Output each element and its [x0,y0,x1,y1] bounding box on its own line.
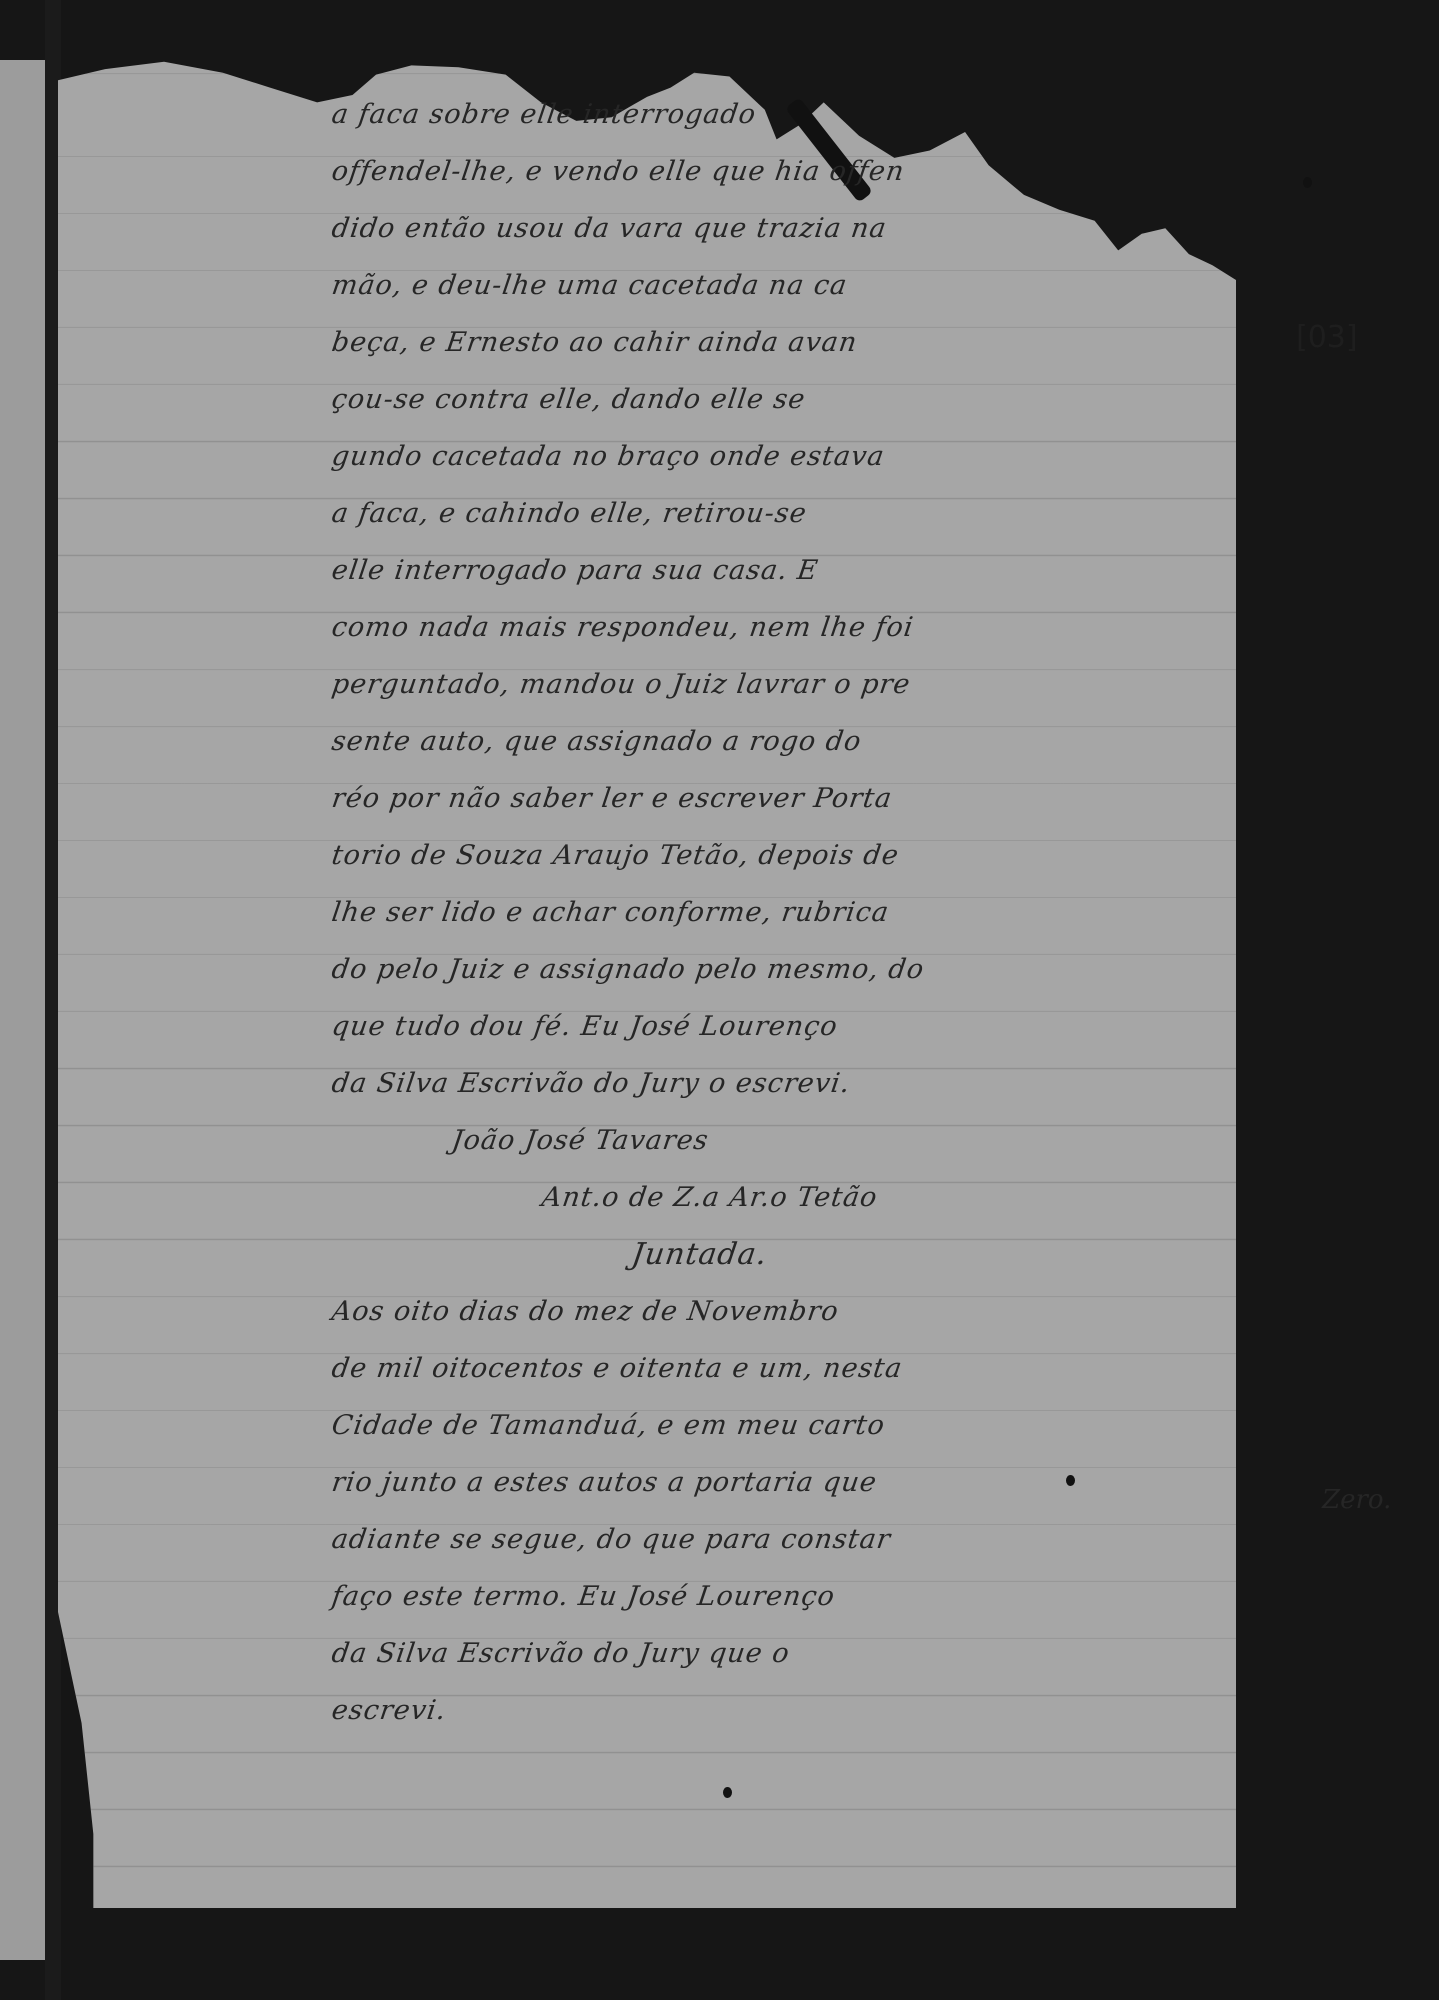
text-line: do pelo Juiz e assignado pelo mesmo, do [328,941,1236,998]
text-line: réo por não saber ler e escrever Porta [328,770,1236,827]
juntada-line: da Silva Escrivão do Jury que o [328,1625,1236,1682]
text-line: a faca, e cahindo elle, retirou-se [328,485,1236,542]
text-line: torio de Souza Araujo Tetão, depois de [328,827,1236,884]
section-heading-juntada: Juntada. [328,1226,1236,1283]
text-line: da Silva Escrivão do Jury o escrevi. [328,1055,1236,1112]
page-number: [03] [1296,320,1358,355]
text-line: elle interrogado para sua casa. E [328,542,1236,599]
juntada-line: de mil oitocentos e oitenta e um, nesta [328,1340,1236,1397]
text-line: que tudo dou fé. Eu José Lourenço [328,998,1236,1055]
juntada-line: Aos oito dias do mez de Novembro [328,1283,1236,1340]
text-line: sente auto, que assignado a rogo do [328,713,1236,770]
text-line: offendel-lhe, e vendo elle que hia offen [328,143,1236,200]
juntada-line: escrevi. [328,1682,1236,1739]
juntada-line: adiante se segue, do que para constar [328,1511,1236,1568]
text-line: como nada mais respondeu, nem lhe foi [328,599,1236,656]
ink-dot [1303,177,1312,188]
juntada-line: Cidade de Tamanduá, e em meu carto [328,1397,1236,1454]
signature-tavares: João José Tavares [328,1112,1236,1169]
margin-note: Zero. [1322,1485,1391,1515]
text-line: lhe ser lido e achar conforme, rubrica [328,884,1236,941]
text-line: çou-se contra elle, dando elle se [328,371,1236,428]
text-line: beça, e Ernesto ao cahir ainda avan [328,314,1236,371]
text-line: a faca sobre elle interrogado [328,86,1236,143]
text-line: gundo cacetada no braço onde estava [328,428,1236,485]
juntada-line: rio junto a estes autos a portaria que [328,1454,1236,1511]
signature-tetao: Ant.o de Z.a Ar.o Tetão [328,1169,1236,1226]
manuscript-text: a faca sobre elle interrogado offendel-l… [332,86,1232,1739]
adjacent-page-edge [0,60,45,1960]
text-line: dido então usou da vara que trazia na [328,200,1236,257]
text-line: perguntado, mandou o Juiz lavrar o pre [328,656,1236,713]
ink-dot [723,1787,732,1798]
juntada-line: faço este termo. Eu José Lourenço [328,1568,1236,1625]
text-line: mão, e deu-lhe uma cacetada na ca [328,257,1236,314]
ink-dot [1066,1475,1075,1486]
